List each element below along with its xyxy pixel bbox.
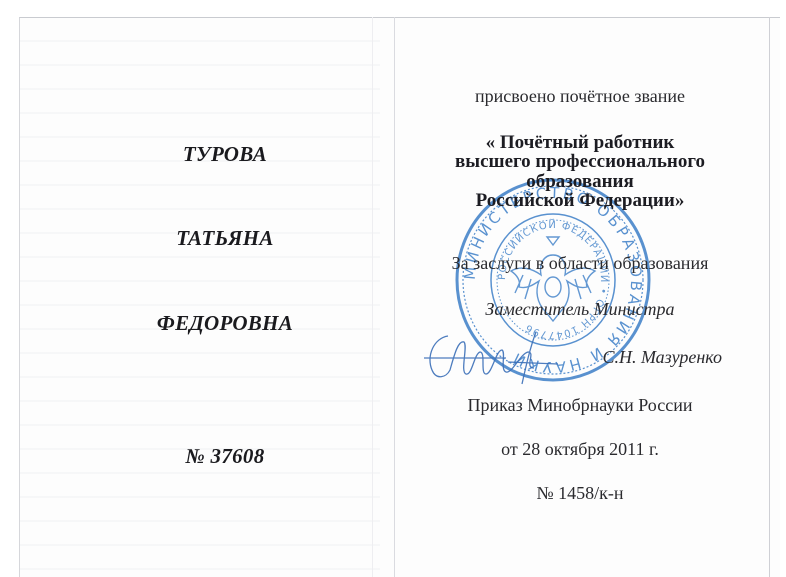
page-fold-shadow: [372, 17, 373, 577]
signatory-position: Заместитель Министра: [410, 299, 750, 320]
honorary-title-line-4: Российской Федерации»: [410, 191, 750, 210]
honorary-title-line-2: высшего профессионального: [410, 152, 750, 171]
order-date: от 28 октября 2011 г.: [410, 439, 750, 460]
certificate-number: № 37608: [100, 444, 350, 469]
signatory-name: С.Н. Мазуренко: [410, 347, 722, 368]
page-fold: [394, 17, 395, 577]
award-reason: За заслуги в области образования: [410, 253, 750, 274]
surname: ТУРОВА: [100, 142, 350, 167]
order-number: № 1458/к-н: [410, 483, 750, 504]
page-right-edge: [769, 17, 770, 577]
awarded-text: присвоено почётное звание: [410, 86, 750, 107]
honorary-title-line-1: « Почётный работник: [410, 133, 750, 152]
right-page: присвоено почётное звание « Почётный раб…: [410, 0, 750, 577]
patronymic: ФЕДОРОВНА: [100, 311, 350, 336]
left-page: ТУРОВА ТАТЬЯНА ФЕДОРОВНА № 37608: [100, 0, 350, 577]
honorary-title-line-3: образования: [410, 172, 750, 191]
first-name: ТАТЬЯНА: [100, 226, 350, 251]
order-issuer: Приказ Минобрнауки России: [410, 395, 750, 416]
